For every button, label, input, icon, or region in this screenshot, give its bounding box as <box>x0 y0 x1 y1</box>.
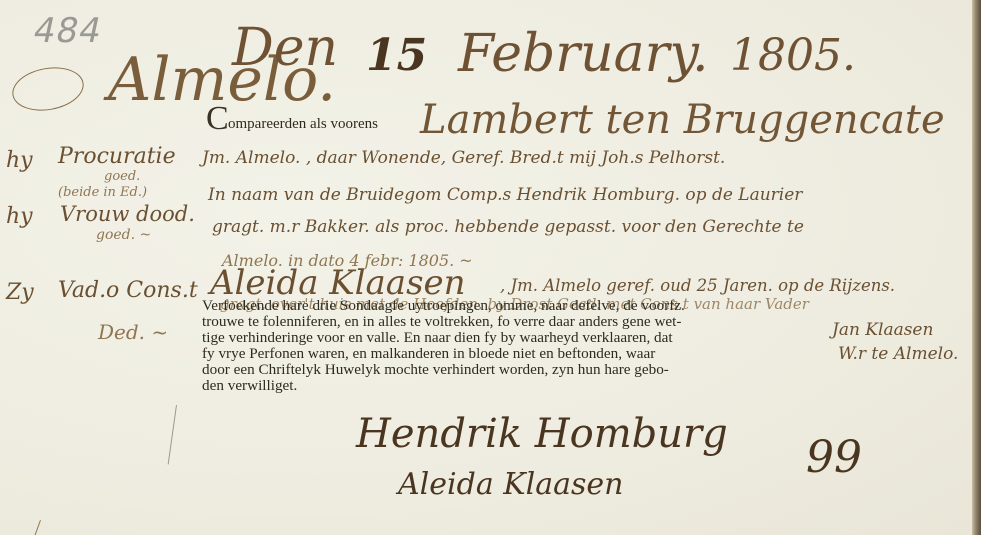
margin-beide: (beide in Ed.) <box>58 186 147 199</box>
printed-line: door een Chriftelyk Huwelyk mochte verhi… <box>202 362 832 378</box>
margin-hy-2: hy <box>6 206 33 228</box>
groom-line-1: Jm. Almelo. , daar Wonende, Geref. Bred.… <box>202 150 725 167</box>
margin-goed-1: goed. <box>104 170 140 183</box>
groom-name: Lambert ten Bruggencate <box>420 100 945 140</box>
margin-vad-const: Vad.o Cons.t <box>58 280 198 302</box>
binding-edge <box>972 0 981 535</box>
groom-signature: Hendrik Homburg <box>356 414 728 454</box>
bride-line-1: , Jm. Almelo geref. oud 25 Jaren. op de … <box>500 278 895 295</box>
folio-number: 484 <box>30 14 105 48</box>
printed-line: den verwilliget. <box>202 378 832 394</box>
date-year: 1805. <box>730 34 856 78</box>
printed-line: trouwe te folenniferen, en in alles te v… <box>202 314 832 330</box>
printed-line: fy vrye Perfonen waren, en malkanderen i… <box>202 346 832 362</box>
bride-line-3: Jan Klaasen <box>832 322 933 339</box>
printed-line: Verfoekende hare drie Sondaagfe uytroepi… <box>202 298 832 314</box>
bride-signature: Aleida Klaasen <box>398 470 623 500</box>
printed-line: tige verhinderinge voor en valle. En naa… <box>202 330 832 346</box>
margin-procuratie: Procuratie <box>58 146 176 168</box>
printed-body: Verfoekende hare drie Sondaagfe uytroepi… <box>202 298 832 394</box>
margin-ded: Ded. ~ <box>98 322 168 342</box>
groom-line-3: gragt. m.r Bakker. als proc. hebbende ge… <box>212 219 804 236</box>
margin-zy: Zy <box>6 282 34 304</box>
bride-line-4: W.r te Almelo. <box>838 346 958 363</box>
intro-text: ompareerden als voorens <box>228 117 378 132</box>
date-day: 15 <box>366 34 427 78</box>
dropcap-c: C <box>206 102 229 136</box>
bottom-pen-stroke <box>33 520 41 535</box>
margin-pen-stroke <box>168 405 177 465</box>
date-month: February. <box>458 28 709 80</box>
almelo-flourish <box>9 62 87 116</box>
date-prefix: Den <box>232 22 338 74</box>
groom-line-2: In naam van de Bruidegom Comp.s Hendrik … <box>208 187 802 204</box>
margin-goed-2: goed. ~ <box>96 228 151 242</box>
page-number: 99 <box>806 436 862 480</box>
register-page: 484 Almelo. Den 15 February. 1805. C omp… <box>0 0 972 535</box>
margin-hy-1: hy <box>6 150 33 172</box>
margin-vrouw-dood: Vrouw dood. <box>60 204 195 225</box>
